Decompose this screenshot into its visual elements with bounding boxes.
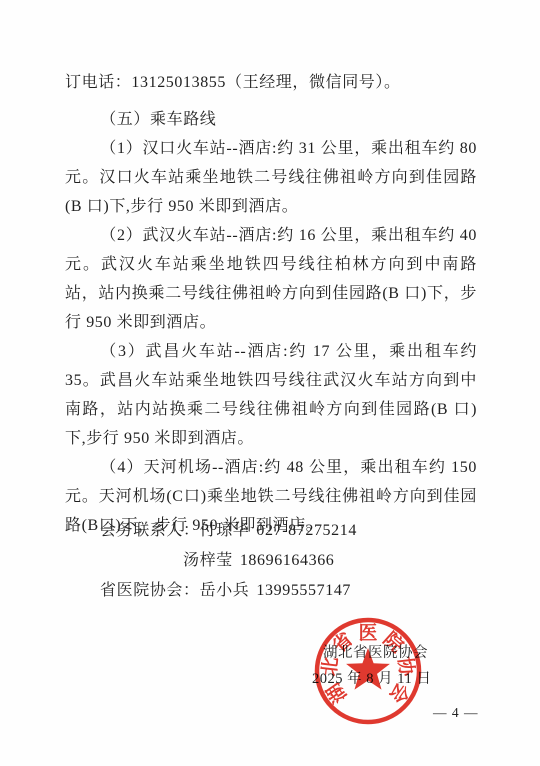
contact-phone: 18696164366 bbox=[240, 552, 335, 569]
page-number: — 4 — bbox=[433, 705, 479, 721]
contact-name: 汤梓莹 bbox=[183, 552, 233, 569]
contact-phone: 027-87275214 bbox=[256, 522, 357, 539]
paragraph-route-3: （3）武昌火车站--酒店:约 17 公里，乘出租车约 35。武昌火车站乘坐地铁四… bbox=[65, 337, 477, 453]
contact-name: 付琼华 bbox=[200, 522, 250, 539]
paragraph-route-2: （2）武汉火车站--酒店:约 16 公里，乘出租车约 40 元。武汉火车站乘坐地… bbox=[65, 221, 477, 337]
signature-org: 湖北省医院协会 bbox=[312, 641, 431, 667]
contact-phone: 13995557147 bbox=[256, 582, 351, 599]
paragraph-booking-phone: 订电话：13125013855（王经理，微信同号）。 bbox=[65, 68, 477, 97]
contact-line: 省医院协会：岳小兵13995557147 bbox=[65, 576, 477, 606]
body-text: 订电话：13125013855（王经理，微信同号）。 （五）乘车路线 （1）汉口… bbox=[65, 68, 477, 540]
signature-block: 湖北省医院协会 2025 年 8 月 11 日 bbox=[312, 641, 431, 692]
paragraph-section-heading: （五）乘车路线 bbox=[65, 105, 477, 134]
contact-label: 会务联系人： bbox=[100, 522, 200, 539]
paragraph-route-1: （1）汉口火车站--酒店:约 31 公里，乘出租车约 80 元。汉口火车站乘坐地… bbox=[65, 134, 477, 221]
contact-line: 汤梓莹18696164366 bbox=[65, 546, 477, 576]
contact-block: 会务联系人：付琼华027-87275214 汤梓莹18696164366 省医院… bbox=[65, 516, 477, 606]
contact-line: 会务联系人：付琼华027-87275214 bbox=[65, 516, 477, 546]
document-page: 订电话：13125013855（王经理，微信同号）。 （五）乘车路线 （1）汉口… bbox=[0, 0, 540, 766]
contact-name: 岳小兵 bbox=[200, 582, 250, 599]
signature-date: 2025 年 8 月 11 日 bbox=[312, 667, 431, 693]
contact-label: 省医院协会： bbox=[100, 582, 200, 599]
